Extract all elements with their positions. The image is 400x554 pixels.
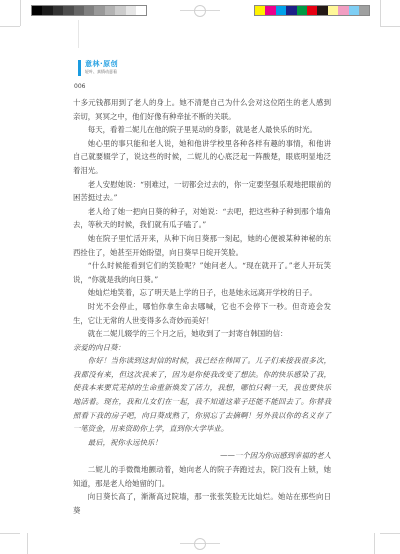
color-swatch [317, 6, 327, 15]
paragraph: 老人安慰她说：“别难过，一切都会过去的，你一定要坚强乐观地把眼前的困苦挺过去。” [73, 178, 331, 205]
gray-swatch [94, 6, 104, 15]
paragraph: 十多元钱都用到了老人的身上。她不清楚自己为什么会对这位陌生的老人感到亲切，冥冥之… [73, 96, 331, 123]
color-swatch [307, 6, 317, 15]
gray-swatch [42, 6, 52, 15]
page-number: 006 [74, 83, 85, 90]
crop-mark-top-left-v [20, 0, 21, 26]
crop-mark-bottom-left [0, 533, 20, 534]
color-swatch [328, 6, 338, 15]
paragraph: 她灿烂地笑着，忘了明天是上学的日子，也是她永远离开学校的日子。 [73, 286, 331, 300]
column-header: 意林·原创 轻叶、真情动意看 [78, 60, 118, 76]
paragraph: 二妮儿的手微微地颤动着，她向老人的院子奔跑过去，院门没有上锁，她知道，那是老人给… [73, 463, 331, 490]
paragraph: 每天，看着二妮儿在他的院子里晃动的身影，就是老人最快乐的时光。 [73, 123, 331, 137]
header-subtitle: 轻叶、真情动意看 [85, 69, 118, 75]
cmyk-color-bar [254, 5, 370, 16]
crop-mark-top-left [0, 26, 20, 27]
article-body: 十多元钱都用到了老人的身上。她不清楚自己为什么会对这位陌生的老人感到亲切，冥冥之… [73, 96, 331, 517]
color-swatch [286, 6, 296, 15]
registration-mark-bottom [194, 538, 206, 550]
gray-swatch [126, 6, 136, 15]
color-swatch [255, 6, 265, 15]
color-swatch [349, 6, 359, 15]
crop-mark-bottom-right-v [374, 533, 375, 554]
color-swatch [297, 6, 307, 15]
margin-guide-line [78, 20, 79, 48]
paragraph: 向日葵长高了，渐渐高过院墙，那一张张笑脸无比灿烂。她站在那些向日葵 [73, 490, 331, 517]
grayscale-color-bar [31, 5, 147, 16]
paragraph: 老人给了她一把向日葵的种子，对她说：“去吧，把这些种子种到那个墙角去，等秋天的时… [73, 205, 331, 232]
gray-swatch [84, 6, 94, 15]
paragraph: 她在院子里忙活开来，从种下向日葵那一刻起，她的心便被某种神秘的东西拴住了，她甚至… [73, 232, 331, 259]
color-swatch [265, 6, 275, 15]
gray-swatch [136, 6, 146, 15]
paragraph: 你好！当你读到这封信的时候，我已经在韩国了。儿子们来接我很多次，我都没有来，但这… [73, 354, 331, 436]
gray-swatch [32, 6, 42, 15]
registration-mark-top [194, 5, 206, 17]
paragraph: 最后，祝你永远快乐！ [73, 436, 331, 450]
paragraph: “什么时候能看到它们的笑脸呢？”她问老人。“现在就开了。”老人开玩笑说，“你就是… [73, 259, 331, 286]
gray-swatch [53, 6, 63, 15]
crop-mark-top-right-v [380, 0, 381, 26]
crop-mark-top-right [380, 26, 400, 27]
color-swatch [276, 6, 286, 15]
gray-swatch [115, 6, 125, 15]
paragraph: 她心里的事只能和老人说，她和他讲学校里各种各样有趣的事情，和他讲自己就要辍学了，… [73, 137, 331, 178]
color-swatch [338, 6, 348, 15]
gray-swatch [105, 6, 115, 15]
crop-mark-bottom-right [380, 533, 400, 534]
paragraph: 就在二妮儿辍学的三个月之后，她收到了一封寄自韩国的信： [73, 327, 331, 341]
paragraph: 亲爱的向日葵： [73, 341, 331, 355]
paragraph: 时光不会停止，哪怕你拿生命去哪喊，它也不会停下一秒。但奇迹会发生，它让无常的人世… [73, 300, 331, 327]
crop-mark-bottom-left-v [27, 533, 28, 554]
header-accent-bar [78, 60, 81, 76]
header-title: 意林·原创 [85, 60, 118, 69]
color-swatch [359, 6, 369, 15]
gray-swatch [63, 6, 73, 15]
gray-swatch [74, 6, 84, 15]
paragraph: ——一个因为你而感到幸福的老人 [73, 449, 331, 463]
